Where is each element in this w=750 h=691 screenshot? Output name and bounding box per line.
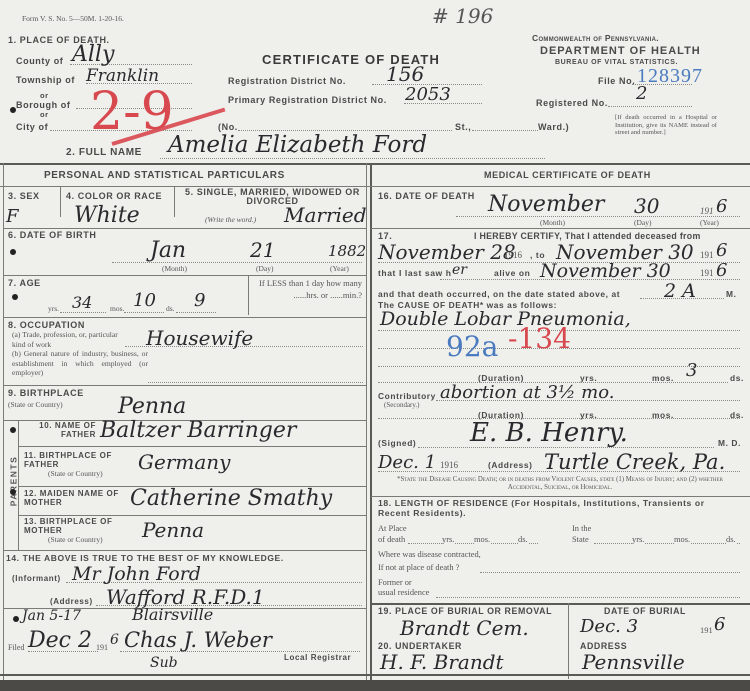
mother-name-label: 12. MAIDEN NAME OF MOTHER [24, 490, 134, 507]
death-year-suffix: 6 [716, 196, 727, 217]
death-day-caption: (Day) [634, 218, 652, 227]
residence-ds-label: ds. [518, 535, 528, 544]
dob-day: 21 [250, 238, 275, 262]
former-label: Former or [378, 578, 412, 587]
attended-from: November 28 [378, 240, 516, 264]
father-name-label: 10. NAME OF FATHER [24, 422, 96, 439]
informant-address-label: (Address) [50, 597, 93, 606]
mother-name-value: Catherine Smathy [130, 486, 332, 511]
age-months: 10 [133, 290, 156, 311]
md-label: M. D. [718, 438, 741, 448]
primary-district-label: Primary Registration District No. [228, 95, 387, 105]
filed-label: Filed [8, 643, 24, 652]
last-saw-year-prefix: 191 [700, 268, 714, 278]
primary-district-value: 2053 [405, 84, 451, 105]
form-number: Form V. S. No. 5—50M. 1-20-16. [22, 14, 124, 23]
dob-label: 6. DATE OF BIRTH [8, 230, 96, 240]
mother-birthplace-label: 13. BIRTHPLACE OF MOTHER [24, 518, 124, 535]
true-statement: 14. THE ABOVE IS TRUE TO THE BEST OF MY … [6, 553, 284, 563]
personal-section-title: PERSONAL AND STATISTICAL PARTICULARS [44, 170, 285, 181]
duration-months: 3 [686, 360, 697, 381]
attended-from-year: 1916 [504, 250, 522, 260]
agency-line2: DEPARTMENT OF HEALTH [540, 45, 701, 57]
mother-birthplace-caption: (State or Country) [48, 535, 103, 544]
of-death-label: of death [378, 535, 405, 544]
last-saw-pronoun: er [452, 262, 467, 278]
county-value: Ally [72, 42, 114, 67]
dob-year: 1882 [328, 242, 366, 260]
informant-address-line2: Blairsville [132, 605, 213, 624]
borough-label: Borough of [16, 100, 71, 110]
contracted-label: Where was disease contracted, [378, 550, 481, 559]
time-of-death: 2 A [664, 280, 696, 302]
birthplace-caption: (State or Country) [8, 400, 63, 409]
signed-label: (Signed) [378, 438, 416, 448]
burial-date-label: DATE OF BURIAL [604, 606, 686, 616]
signed-date: Dec. 1 [378, 452, 436, 473]
undertaker-address-value: Pennsville [582, 650, 685, 674]
full-name-label: 2. FULL NAME [66, 147, 142, 158]
burial-place-value: Brandt Cem. [400, 616, 529, 640]
day-caption: (Day) [256, 264, 274, 273]
age-days: 9 [194, 290, 205, 311]
marital-value: Married [284, 203, 367, 227]
signed-year: 1916 [440, 460, 458, 470]
occupation-a-label: (a) Trade, profession, or, particular ki… [12, 330, 124, 349]
burial-year-prefix: 191 [700, 625, 713, 635]
usual-residence-label: usual residence [378, 588, 429, 597]
filed-year-prefix: 191 [96, 643, 108, 652]
birthplace-value: Penna [118, 394, 186, 419]
sex-label: 3. SEX [8, 191, 40, 201]
death-year-prefix: 191 [700, 206, 714, 216]
age-ds-label: ds. [166, 304, 175, 313]
physician-address-label: (Address) [488, 460, 533, 470]
alive-on-label: alive on [494, 268, 530, 278]
write-word-caption: (Write the word.) [205, 215, 256, 224]
filed-year-suffix: 6 [110, 632, 119, 648]
informant-label: (Informant) [12, 574, 61, 583]
at-place-label: At Place [378, 524, 407, 533]
state-mos-label: mos. [674, 535, 690, 544]
residence-label: 18. LENGTH OF RESIDENCE (For Hospitals, … [378, 499, 738, 518]
father-name-value: Baltzer Barringer [100, 418, 296, 443]
age-years: 34 [72, 293, 92, 312]
scan-edge [0, 680, 750, 691]
death-year-caption: (Year) [700, 218, 719, 227]
attended-to-year-prefix: 191 [700, 250, 714, 260]
or-text: or [40, 110, 49, 119]
not-at-place-label: If not at place of death ? [378, 563, 459, 572]
dob-month: Jan [150, 238, 186, 263]
burial-place-label: 19. PLACE OF BURIAL OR REMOVAL [378, 606, 552, 616]
registrar-signature: Chas J. Weber [124, 628, 272, 652]
age-mos-label: mos. [110, 304, 124, 313]
physician-signature: E. B. Henry. [470, 418, 628, 448]
last-saw-label: that I last saw h [378, 268, 452, 278]
less-than-day: If LESS than 1 day how many ......hrs. o… [254, 277, 362, 301]
parents-label: PARENTS [8, 456, 18, 507]
code-red: -134 [508, 322, 571, 355]
contributory-mos-label: mos. [652, 410, 674, 420]
registration-district-label: Registration District No. [228, 76, 346, 86]
mother-birthplace-value: Penna [142, 518, 204, 542]
death-certificate: Form V. S. No. 5—50M. 1-20-16. # 196 1. … [0, 0, 750, 684]
street-number-label: (No. [218, 122, 238, 132]
township-label: Township of [16, 75, 75, 85]
occupation-label: 8. OCCUPATION [8, 320, 85, 330]
contributory-ds-label: ds. [730, 410, 744, 420]
registration-district-value: 156 [386, 62, 424, 86]
in-state-label: State [572, 535, 589, 544]
informant-value: Mr John Ford [72, 563, 201, 585]
city-label: City of [16, 122, 48, 132]
age-yrs-label: yrs. [48, 304, 59, 313]
date-of-death-label: 16. DATE OF DEATH [378, 191, 475, 201]
duration-ds-label: ds. [730, 373, 744, 383]
year-caption: (Year) [330, 264, 349, 273]
father-birthplace-label: 11. BIRTHPLACE OF FATHER [24, 452, 124, 469]
hospital-note: [If death occurred in a Hospital or Inst… [615, 114, 717, 137]
undertaker-value: H. F. Brandt [380, 650, 504, 674]
medical-section-title: MEDICAL CERTIFICATE OF DEATH [484, 170, 651, 180]
state-ds-label: ds. [726, 535, 736, 544]
street-label: St., [455, 122, 471, 132]
father-birthplace-caption: (State or Country) [48, 469, 103, 478]
registered-no-value: 2 [636, 83, 647, 104]
death-month-caption: (Month) [540, 218, 565, 227]
death-day: 30 [634, 194, 659, 218]
registered-no-label: Registered No. [536, 98, 608, 108]
last-saw-year-suffix: 6 [716, 260, 727, 281]
file-no-label: File No. [598, 76, 635, 86]
local-registrar-label: Local Registrar [284, 653, 351, 662]
file-annotation: # 196 [432, 4, 493, 28]
cause-footnote: *State the Disease Causing Death; or in … [382, 476, 738, 492]
ward-label: Ward.) [538, 122, 569, 132]
agency-line1: Commonwealth of Pennsylvania. [532, 33, 659, 43]
burial-year-suffix: 6 [714, 614, 725, 635]
race-value: White [74, 203, 140, 228]
to-label: , to [530, 250, 545, 260]
or-text: or [40, 91, 49, 100]
occupation-b-label: (b) General nature of industry, business… [12, 349, 148, 378]
residence-yrs-label: yrs. [442, 535, 454, 544]
month-caption: (Month) [162, 264, 187, 273]
sex-value: F [6, 206, 19, 227]
registrar-sub: Sub [150, 655, 178, 671]
am-pm-label: M. [726, 289, 737, 299]
birthplace-label: 9. BIRTHPLACE [8, 388, 84, 398]
race-label: 4. COLOR OR RACE [66, 191, 162, 201]
full-name-value: Amelia Elizabeth Ford [168, 132, 427, 158]
secondary-label: (Secondary.) [384, 401, 420, 409]
contributory-label: Contributory [378, 391, 436, 401]
code-blue: 92a [446, 330, 498, 363]
residence-mos-label: mos. [474, 535, 490, 544]
filed-date: Dec 2 [28, 628, 92, 653]
age-label: 7. AGE [8, 278, 41, 288]
burial-date-value: Dec. 3 [580, 616, 638, 637]
state-yrs-label: yrs. [632, 535, 644, 544]
red-mark: 2-9 [90, 82, 174, 142]
occurred-label: and that death occurred, on the date sta… [378, 289, 620, 299]
county-label: County of [16, 56, 63, 66]
note-15: Jan 5-17 [22, 608, 81, 624]
death-month: November [488, 192, 604, 217]
cause-value: Double Lobar Pneumonia, [380, 308, 631, 330]
in-the-label: In the [572, 524, 591, 533]
father-birthplace-value: Germany [138, 450, 230, 474]
occupation-value: Housewife [146, 326, 253, 350]
attended-to-year-suffix: 6 [716, 240, 727, 261]
